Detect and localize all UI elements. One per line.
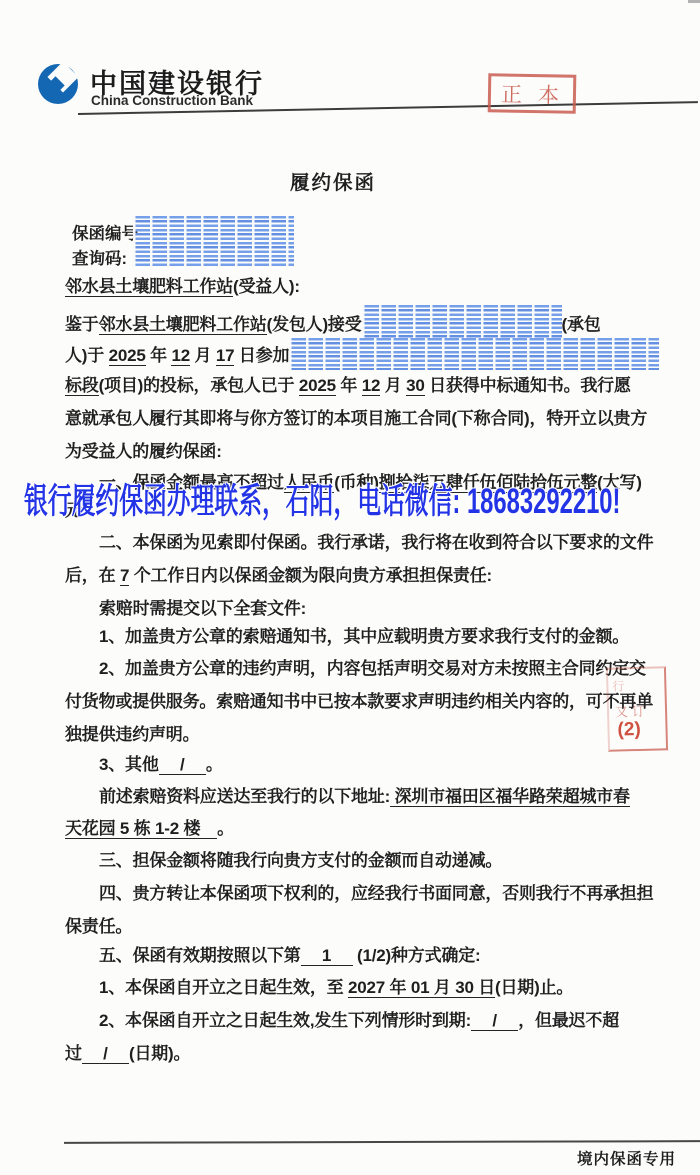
body-text: 四、贵方转让本保函项下权利的，应经我行书面同意，否则我行不再承担担	[99, 884, 653, 903]
body-text: 日获得中标通知书。我行愿	[425, 376, 631, 395]
underlined-text: 邻水县土壤肥料工作站	[65, 277, 233, 297]
body-text: (1/2)种方式确定:	[353, 946, 481, 965]
body-text: 索赔时需提交以下全套文件:	[99, 599, 306, 618]
underlined-text: 12	[171, 346, 190, 366]
body-text: 二、本保函为见索即付保函。我行承诺，我行将在收到符合以下要求的文件	[99, 533, 653, 552]
body-text: 1、本保函自开立之日起生效，至	[99, 978, 348, 997]
underlined-text: 17	[216, 346, 235, 366]
body-text: 三、担保金额将随我行向贵方支付的金额而自动递减。	[99, 851, 502, 870]
body-text: 。	[206, 755, 223, 774]
body-text: (日期)。	[129, 1044, 190, 1063]
scan-artifact	[688, 0, 700, 3]
body-text: 鉴于	[65, 315, 99, 334]
doc-line: 天花园 5 栋 1-2 楼 。	[65, 814, 665, 839]
query-code-label: 查询码:	[72, 245, 127, 269]
doc-line: 意就承包人履行其即将与你方签订的本项目施工合同(下称合同)，特开立以贵方	[65, 404, 665, 429]
doc-line: 2、加盖贵方公章的违约声明，内容包括声明交易对方未按照主合同约定交	[65, 654, 665, 679]
body-text: 过	[65, 1044, 82, 1063]
body-text: 1、加盖贵方公章的索赔通知书，其中应载明贵方要求我行支付的金额。	[99, 627, 629, 646]
body-text: 人)于	[65, 346, 109, 365]
body-text: 3、其他	[99, 755, 159, 774]
ccb-bank-logo-icon	[36, 60, 82, 106]
body-text: 月	[190, 346, 216, 365]
underlined-text: 深圳市福田区福华路荣超城市春	[390, 787, 630, 807]
doc-line: 1、加盖贵方公章的索赔通知书，其中应载明贵方要求我行支付的金额。	[65, 622, 665, 647]
redacted-text	[362, 305, 562, 339]
body-text: 后，在	[65, 566, 120, 585]
doc-line: 为受益人的履约保函:	[65, 437, 665, 462]
underlined-text: 2027 年 01 月 30 日	[348, 978, 495, 998]
redacted-guarantee-number	[133, 216, 294, 268]
underlined-text: /	[159, 755, 206, 775]
body-text: 五、保函有效期按照以下第	[99, 946, 301, 965]
doc-line: 过 / (日期)。	[65, 1039, 665, 1064]
doc-line: 人)于 2025 年 12 月 17 日参加	[65, 338, 665, 370]
doc-line: 后，在 7 个工作日内以保函金额为限向贵方承担担保责任:	[65, 561, 665, 586]
guarantee-number-label: 保函编号	[72, 220, 138, 244]
bank-name-english: China Construction Bank	[91, 93, 253, 108]
redacted-text	[289, 338, 659, 370]
body-text: 保责任。	[65, 917, 132, 936]
doc-line: 3、其他 / 。	[65, 750, 665, 775]
body-text: 个工作日内以保函金额为限向贵方承担担保责任:	[129, 566, 492, 585]
doc-line: 前述索赔资料应送达至我行的以下地址: 深圳市福田区福华路荣超城市春	[65, 782, 665, 807]
body-text: 付货物或提供服务。索赔通知书中已按本款要求声明违约相关内容的，可不再单	[65, 692, 653, 711]
branch-stamp-faint-text: 行	[612, 677, 630, 694]
underlined-text: 邻水县土壤肥料工作站	[99, 315, 267, 335]
doc-line: 标段(项目)的投标，承包人已于 2025 年 12 月 30 日获得中标通知书。…	[65, 371, 665, 396]
footer-label: 境内保函专用	[577, 1147, 676, 1169]
body-text: 月	[380, 376, 406, 395]
body-text: 2、加盖贵方公章的违约声明，内容包括声明交易对方未按照主合同约定交	[99, 659, 646, 678]
branch-partial-stamp: 行 又订 (2)	[606, 666, 668, 752]
footer-divider	[64, 1140, 700, 1144]
doc-line: 鉴于邻水县土壤肥料工作站(发包人)接受(承包	[65, 305, 665, 339]
underlined-text: 7	[120, 566, 129, 586]
doc-line: 2、本保函自开立之日起生效,发生下列情形时到期: / ，但最迟不超	[65, 1006, 665, 1031]
doc-line: 邻水县土壤肥料工作站(受益人):	[65, 272, 665, 297]
underlined-text: 标段	[65, 376, 99, 396]
body-text: (受益人):	[233, 277, 300, 296]
doc-line: 五、保函有效期按照以下第 1 (1/2)种方式确定:	[65, 941, 665, 966]
body-text: 年	[336, 376, 362, 395]
body-text: 为受益人的履约保函:	[65, 442, 222, 461]
underlined-text: 2025	[299, 376, 336, 396]
underlined-text: 1	[301, 946, 353, 966]
body-text: 日参加	[234, 346, 289, 365]
document-page: 中国建设银行 China Construction Bank 正本 行 又订 (…	[0, 0, 700, 1175]
document-title: 履约保函	[290, 167, 376, 195]
body-text: 独提供违约声明。	[65, 725, 199, 744]
body-text: (日期)止。	[495, 978, 573, 997]
doc-line: 1、本保函自开立之日起生效，至 2027 年 01 月 30 日(日期)止。	[65, 973, 665, 998]
contact-watermark: 银行履约保函办理联系，石阳，电话微信: 18683292210!	[24, 474, 620, 524]
doc-line: 独提供违约声明。	[65, 720, 665, 745]
underlined-text: 12	[362, 376, 381, 396]
doc-line: 二、本保函为见索即付保函。我行承诺，我行将在收到符合以下要求的文件	[65, 528, 665, 553]
original-copy-stamp: 正本	[488, 73, 577, 114]
body-text: 年	[146, 346, 172, 365]
underlined-text: 天花园 5 栋 1-2 楼	[65, 819, 217, 839]
branch-stamp-number: (2)	[617, 719, 641, 742]
underlined-text: 30	[406, 376, 425, 396]
underlined-text: 2025	[109, 346, 146, 366]
body-text: (项目)的投标，承包人已于	[99, 376, 299, 395]
branch-stamp-mid-text: 又订	[615, 701, 650, 721]
doc-line: 保责任。	[65, 912, 665, 937]
body-text: (发包人)接受	[267, 315, 362, 334]
underlined-text: /	[82, 1044, 129, 1064]
doc-line: 付货物或提供服务。索赔通知书中已按本款要求声明违约相关内容的，可不再单	[65, 687, 665, 712]
underlined-text: /	[471, 1011, 518, 1031]
body-text: 2、本保函自开立之日起生效,发生下列情形时到期:	[99, 1011, 471, 1030]
doc-line: 索赔时需提交以下全套文件:	[65, 594, 665, 619]
body-text: ，但最迟不超	[518, 1011, 619, 1030]
original-copy-stamp-text: 正本	[489, 78, 576, 109]
body-text: (承包	[562, 315, 601, 334]
body-text: 。	[217, 819, 234, 838]
doc-line: 三、担保金额将随我行向贵方支付的金额而自动递减。	[65, 846, 665, 871]
body-text: 意就承包人履行其即将与你方签订的本项目施工合同(下称合同)，特开立以贵方	[65, 409, 647, 428]
body-text: 前述索赔资料应送达至我行的以下地址:	[99, 787, 390, 806]
doc-line: 四、贵方转让本保函项下权利的，应经我行书面同意，否则我行不再承担担	[65, 879, 665, 904]
